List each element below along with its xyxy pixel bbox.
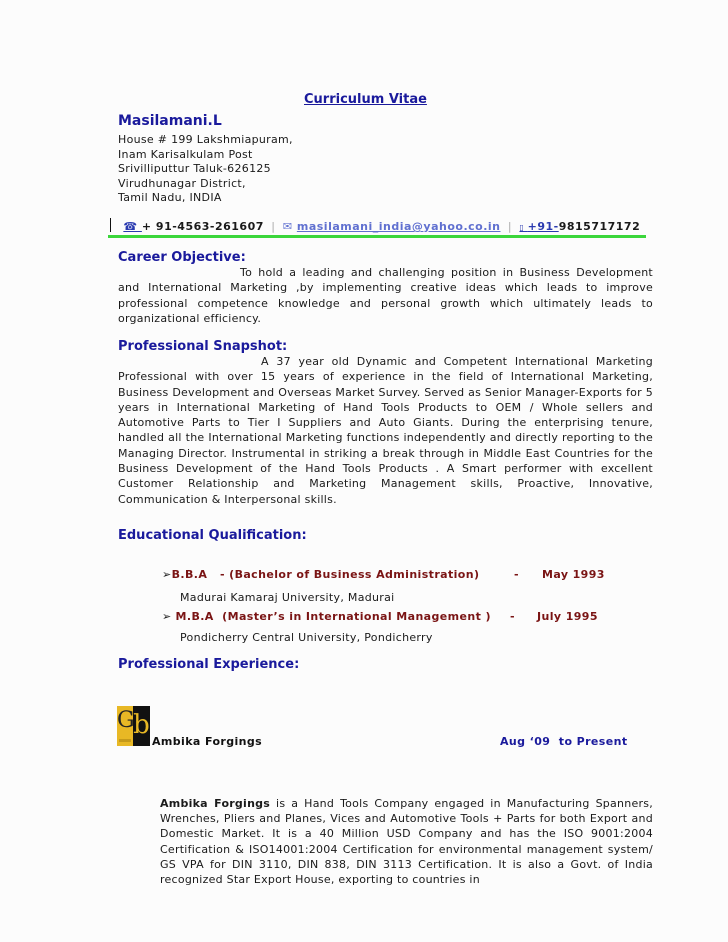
education-dash: -	[514, 568, 519, 581]
experience-heading: Professional Experience:	[118, 657, 299, 672]
contact-line: ☎ + 91-4563-261607 | ✉ masilamani_india@…	[110, 218, 640, 233]
job-period: Aug ‘09 to Present	[500, 735, 627, 748]
arrow-bullet-icon: ➢	[162, 568, 172, 581]
career-objective-text: To hold a leading and challenging positi…	[118, 265, 653, 326]
address-line: Inam Karisalkulam Post	[118, 148, 293, 163]
professional-snapshot-text: A 37 year old Dynamic and Competent Inte…	[118, 354, 653, 507]
company-name: Ambika Forgings	[152, 735, 262, 748]
candidate-name: Masilamani.L	[118, 113, 222, 129]
career-objective-heading: Career Objective:	[118, 250, 246, 265]
address-line: Virudhunagar District,	[118, 177, 293, 192]
cv-title: Curriculum Vitae	[304, 92, 427, 107]
envelope-icon[interactable]: ✉	[283, 220, 293, 233]
education-date: May 1993	[542, 568, 605, 581]
email-link[interactable]: masilamani_india@yahoo.co.in	[297, 220, 501, 233]
logo-g: G	[117, 706, 133, 746]
education-dash: -	[510, 610, 515, 623]
mobile-prefix[interactable]: +91-	[528, 220, 559, 233]
phone-icon[interactable]: ☎	[123, 220, 142, 233]
company-name-bold: Ambika Forgings	[160, 797, 270, 810]
institution: Madurai Kamaraj University, Madurai	[180, 591, 395, 604]
left-border	[110, 218, 111, 232]
company-description: Ambika Forgings is a Hand Tools Company …	[160, 796, 653, 887]
mobile-icon[interactable]: ▯	[519, 223, 527, 232]
mobile-number: 9815717172	[559, 220, 641, 233]
degree: B.B.A - (Bachelor of Business Administra…	[172, 568, 480, 581]
separator: |	[508, 220, 512, 233]
arrow-bullet-icon: ➢	[162, 610, 176, 623]
separator: |	[271, 220, 275, 233]
logo-b: b	[133, 706, 150, 746]
company-logo: G b	[117, 706, 150, 746]
institution: Pondicherry Central University, Pondiche…	[180, 631, 433, 644]
phone-number: + 91-4563-261607	[142, 220, 264, 233]
address-block: House # 199 Lakshmiapuram, Inam Karisalk…	[118, 133, 293, 206]
education-heading: Educational Qualification:	[118, 528, 307, 543]
green-divider	[108, 235, 646, 238]
degree: M.B.A (Master’s in International Managem…	[176, 610, 491, 623]
professional-snapshot-heading: Professional Snapshot:	[118, 339, 287, 354]
address-line: Srivilliputtur Taluk-626125	[118, 162, 293, 177]
education-item: ➢ M.B.A (Master’s in International Manag…	[162, 610, 491, 623]
education-item: ➢B.B.A - (Bachelor of Business Administr…	[162, 568, 479, 581]
education-date: July 1995	[537, 610, 598, 623]
address-line: House # 199 Lakshmiapuram,	[118, 133, 293, 148]
address-line: Tamil Nadu, INDIA	[118, 191, 293, 206]
